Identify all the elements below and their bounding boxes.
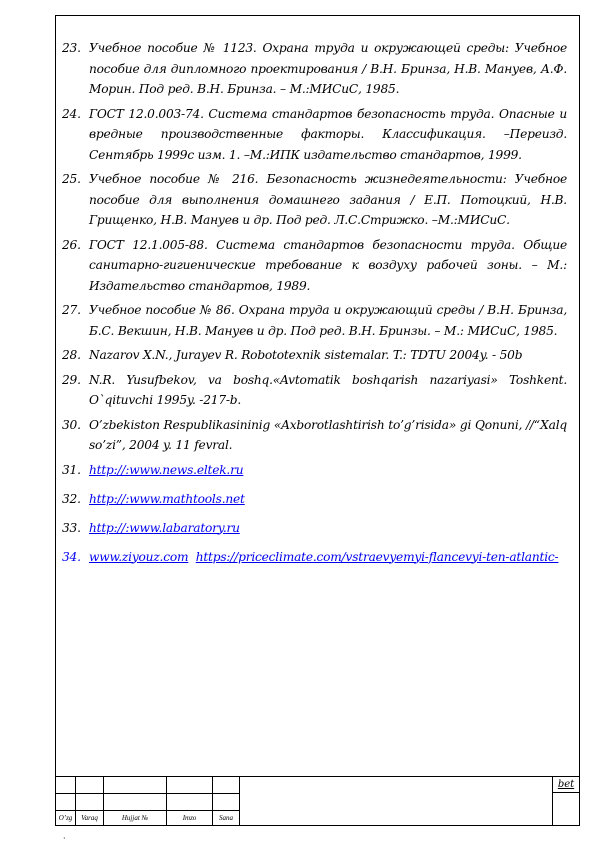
stamp-label-imzo: Imzo: [166, 810, 213, 826]
reference-link-item: 34.www.ziyouz.com https://priceclimate.c…: [62, 547, 567, 568]
item-text: Nazarov X.N., Jurayev R. Robototexnik si…: [89, 348, 522, 362]
reference-item: 30.O’zbekiston Respublikasininig «Axboro…: [62, 415, 567, 456]
reference-list: 23.Учебное пособие № 1123. Охрана труда …: [62, 38, 567, 576]
stamp-cell: [55, 793, 76, 811]
stray-mark: ·: [63, 834, 66, 842]
reference-link[interactable]: http://:www.labaratory.ru: [89, 521, 240, 535]
priceclimate-link[interactable]: https://priceclimate.com/vstraevyemyi-fl…: [196, 550, 559, 564]
reference-item: 29.N.R. Yusufbekov, va boshq.«Avtomatik …: [62, 370, 567, 411]
stamp-label-ozg: O’zg: [55, 810, 76, 826]
item-number: 28.: [62, 345, 81, 366]
item-text: N.R. Yusufbekov, va boshq.«Avtomatik bos…: [89, 373, 567, 408]
ziyouz-link[interactable]: www.ziyouz.com: [89, 550, 188, 564]
stamp-sheet-label: bet: [552, 776, 580, 793]
reference-link-item: 31.http://:www.news.eltek.ru: [62, 460, 567, 481]
item-number: 27.: [62, 300, 81, 321]
stamp-cell: [75, 793, 104, 811]
stamp-title-cell: [239, 776, 553, 826]
item-text: Учебное пособие № 86. Охрана труда и окр…: [89, 303, 567, 338]
stamp-label-hujjat: Hujjat №: [103, 810, 167, 826]
item-number: 32.: [62, 489, 81, 510]
stamp-cell: [103, 793, 167, 811]
reference-link[interactable]: http://:www.news.eltek.ru: [89, 463, 243, 477]
stamp-cell: [212, 776, 240, 794]
reference-item: 27.Учебное пособие № 86. Охрана труда и …: [62, 300, 567, 341]
reference-item: 23.Учебное пособие № 1123. Охрана труда …: [62, 38, 567, 100]
reference-link-item: 32.http://:www.mathtools.net: [62, 489, 567, 510]
reference-link[interactable]: http://:www.mathtools.net: [89, 492, 245, 506]
stamp-cell: [212, 793, 240, 811]
item-number: 24.: [62, 104, 81, 125]
stamp-cell: [166, 793, 213, 811]
item-number: 33.: [62, 518, 81, 539]
item-text: ГОСТ 12.0.003-74. Система стандартов без…: [89, 107, 567, 162]
item-number: 30.: [62, 415, 81, 436]
stamp-cell: [75, 776, 104, 794]
item-number: 26.: [62, 235, 81, 256]
item-number: 34.: [62, 547, 81, 568]
reference-link-item: 33.http://:www.labaratory.ru: [62, 518, 567, 539]
stamp-cell: [166, 776, 213, 794]
reference-item: 25.Учебное пособие № 216. Безопасность ж…: [62, 169, 567, 231]
item-number: 31.: [62, 460, 81, 481]
stamp-cell: [55, 776, 76, 794]
reference-item: 24.ГОСТ 12.0.003-74. Система стандартов …: [62, 104, 567, 166]
item-text: O’zbekiston Respublikasininig «Axborotla…: [89, 418, 567, 453]
reference-item: 28.Nazarov X.N., Jurayev R. Robototexnik…: [62, 345, 567, 366]
item-number: 25.: [62, 169, 81, 190]
stamp-label-varaq: Varaq: [75, 810, 104, 826]
reference-item: 26.ГОСТ 12.1.005-88. Система стандартов …: [62, 235, 567, 297]
stamp-label-sana: Sana: [212, 810, 240, 826]
item-number: 29.: [62, 370, 81, 391]
title-block: O’zg Varaq Hujjat № Imzo Sana bet: [55, 776, 580, 826]
item-text: Учебное пособие № 216. Безопасность жизн…: [89, 172, 567, 227]
item-text: ГОСТ 12.1.005-88. Система стандартов без…: [89, 238, 567, 293]
stamp-cell: [103, 776, 167, 794]
stamp-sheet-number: [552, 792, 580, 826]
item-text: Учебное пособие № 1123. Охрана труда и о…: [89, 41, 567, 96]
item-number: 23.: [62, 38, 81, 59]
